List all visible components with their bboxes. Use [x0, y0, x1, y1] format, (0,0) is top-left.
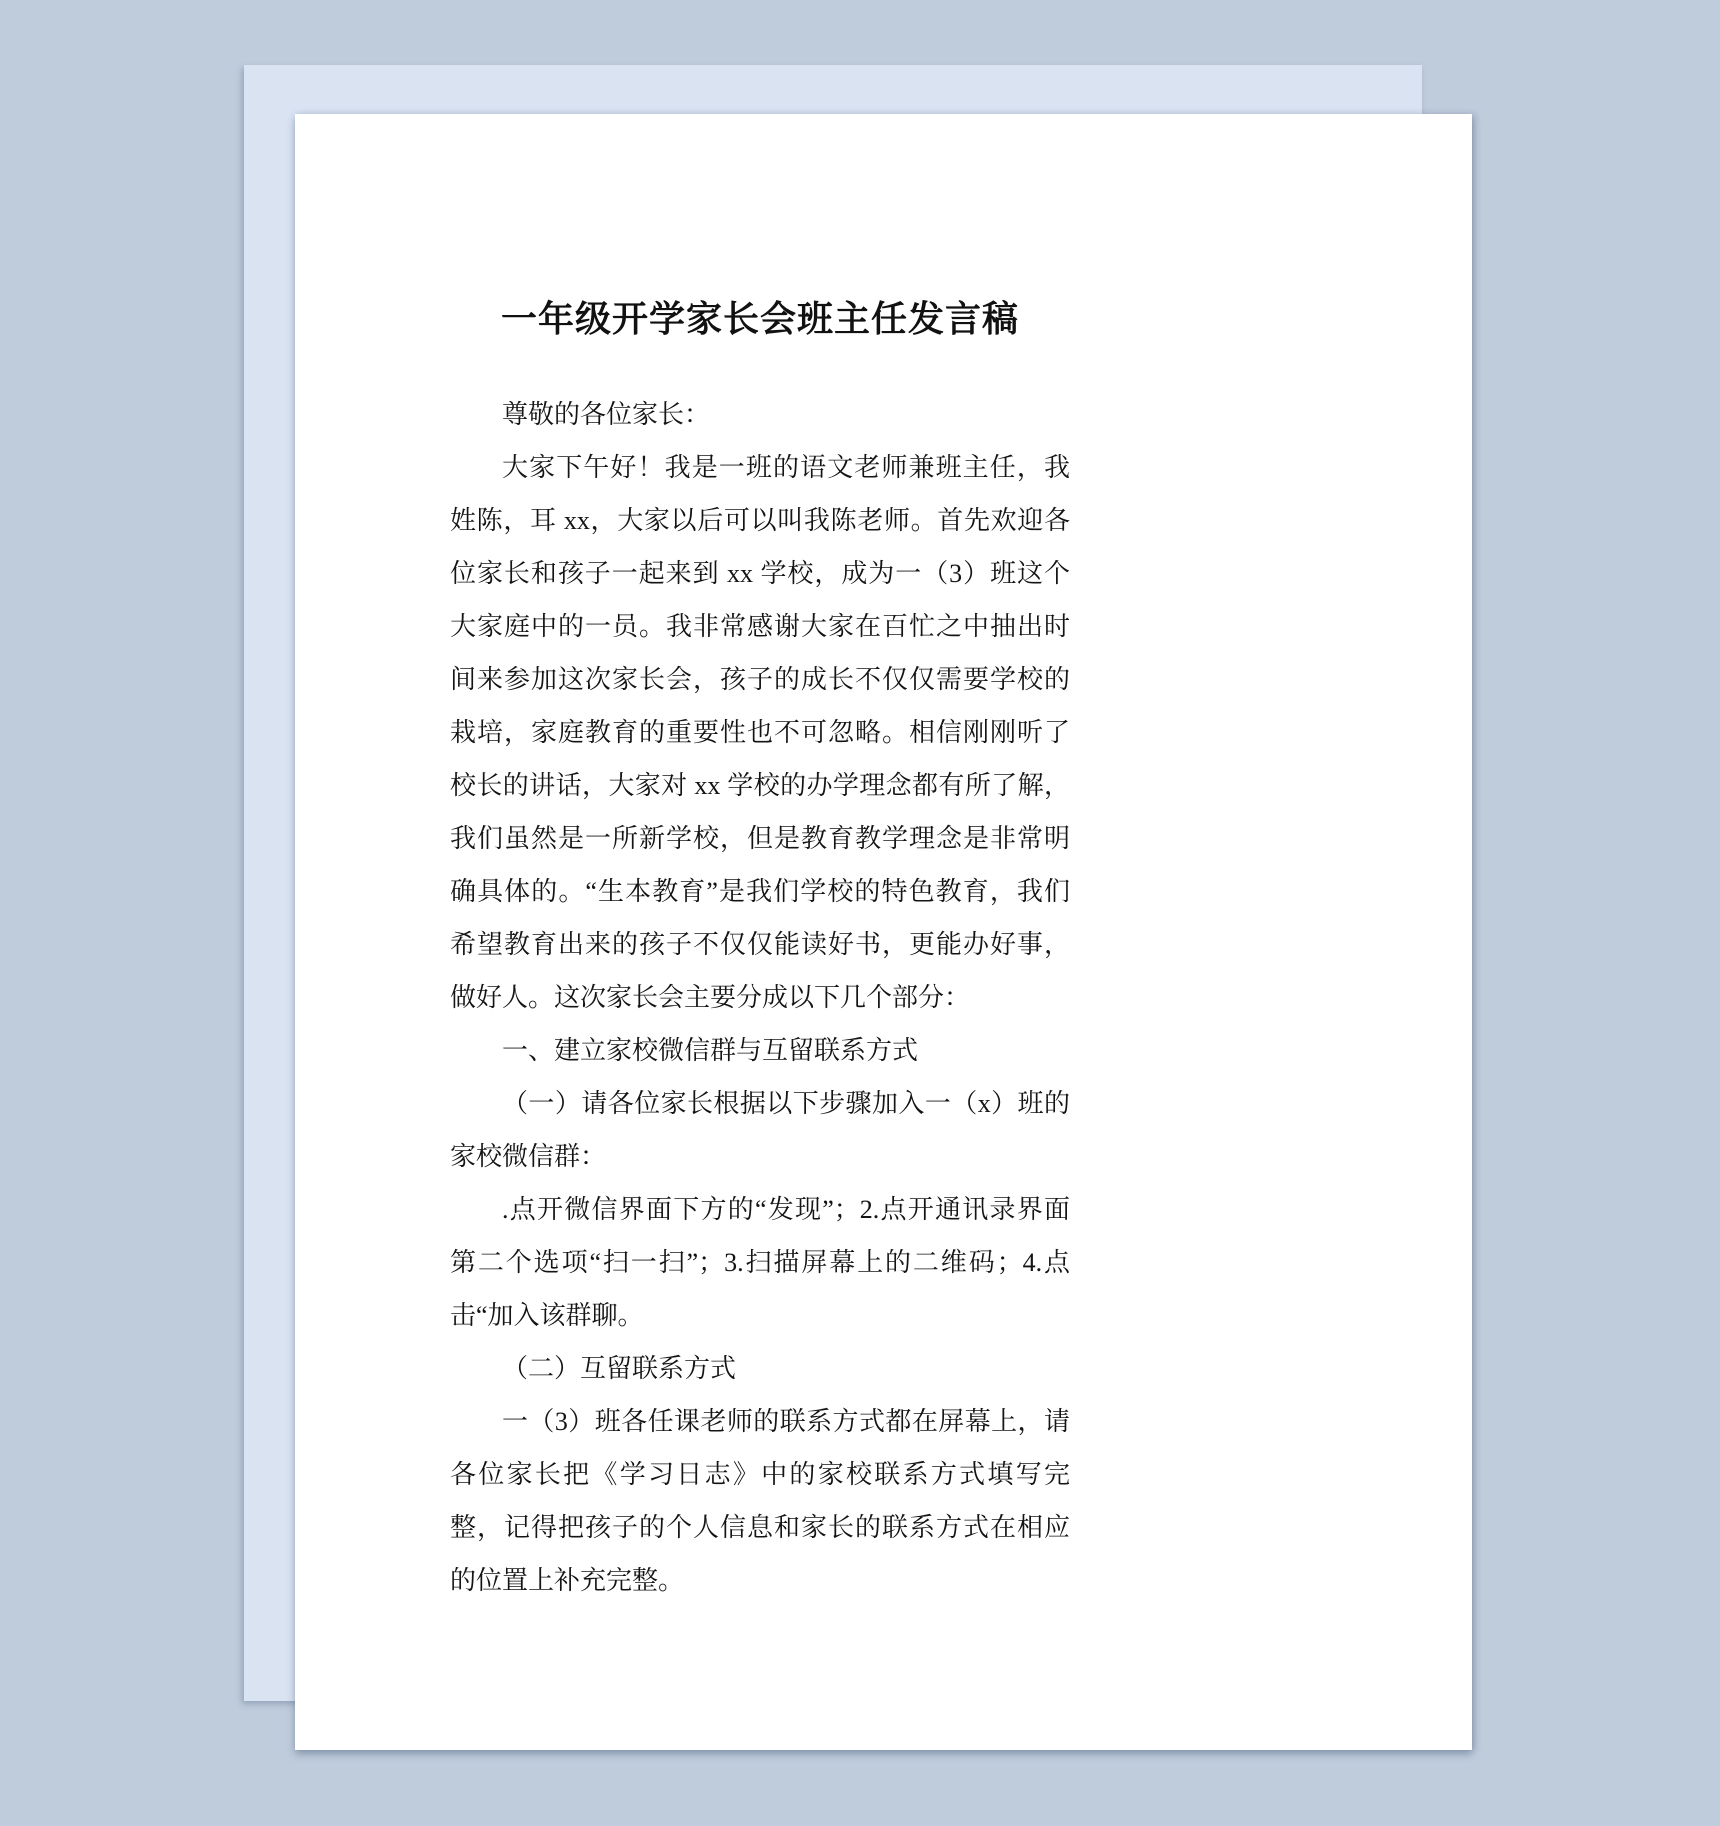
paragraph-section-1-2-heading: （二）互留联系方式 [450, 1342, 1070, 1395]
paragraph-contact-info: 一（3）班各任课老师的联系方式都在屏幕上，请各位家长把《学习日志》中的家校联系方… [450, 1395, 1070, 1607]
document-preview-background: 一年级开学家长会班主任发言稿 尊敬的各位家长： 大家下午好！我是一班的语文老师兼… [0, 0, 1720, 1826]
document-title: 一年级开学家长会班主任发言稿 [450, 295, 1070, 343]
document-body: 尊敬的各位家长： 大家下午好！我是一班的语文老师兼班主任，我姓陈，耳 xx，大家… [450, 388, 1070, 1607]
document-page: 一年级开学家长会班主任发言稿 尊敬的各位家长： 大家下午好！我是一班的语文老师兼… [295, 114, 1472, 1750]
paragraph-wechat-steps: .点开微信界面下方的“发现”；2.点开通讯录界面第二个选项“扫一扫”；3.扫描屏… [450, 1183, 1070, 1342]
paragraph-salutation: 尊敬的各位家长： [450, 388, 1070, 441]
paragraph-section-1-1: （一）请各位家长根据以下步骤加入一（x）班的家校微信群： [450, 1077, 1070, 1183]
paragraph-section-1-heading: 一、建立家校微信群与互留联系方式 [450, 1024, 1070, 1077]
paragraph-intro: 大家下午好！我是一班的语文老师兼班主任，我姓陈，耳 xx，大家以后可以叫我陈老师… [450, 441, 1070, 1024]
